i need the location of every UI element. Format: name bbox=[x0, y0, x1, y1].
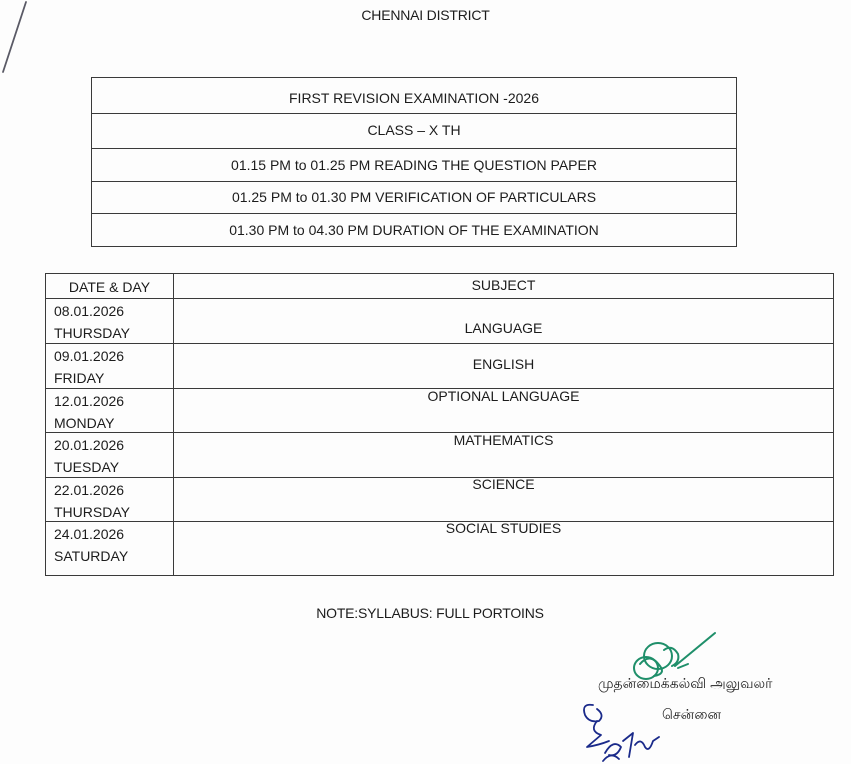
table-row-subject: ENGLISH bbox=[174, 356, 833, 372]
exam-title: FIRST REVISION EXAMINATION -2026 bbox=[92, 90, 736, 106]
day-text: THURSDAY bbox=[54, 322, 130, 344]
reading-time: 01.15 PM to 01.25 PM READING THE QUESTIO… bbox=[92, 157, 736, 173]
header-date-day: DATE & DAY bbox=[46, 279, 173, 295]
verification-time: 01.25 PM to 01.30 PM VERIFICATION OF PAR… bbox=[92, 189, 736, 205]
info-row: CLASS – X TH bbox=[92, 113, 736, 149]
syllabus-note: NOTE:SYLLABUS: FULL PORTOINS bbox=[0, 605, 851, 621]
exam-info-table: FIRST REVISION EXAMINATION -2026 CLASS –… bbox=[91, 77, 737, 247]
table-row-date: 22.01.2026 THURSDAY bbox=[54, 479, 130, 523]
header-subject: SUBJECT bbox=[174, 277, 833, 293]
date-text: 24.01.2026 bbox=[54, 523, 128, 545]
table-row-date: 20.01.2026 TUESDAY bbox=[54, 434, 124, 478]
date-text: 22.01.2026 bbox=[54, 479, 130, 501]
date-text: 20.01.2026 bbox=[54, 434, 124, 456]
table-row-subject: LANGUAGE bbox=[174, 320, 833, 336]
table-row-date: 09.01.2026 FRIDAY bbox=[54, 345, 124, 389]
day-text: SATURDAY bbox=[54, 545, 128, 567]
table-row-subject: SOCIAL STUDIES bbox=[174, 520, 833, 536]
table-row-date: 12.01.2026 MONDAY bbox=[54, 390, 124, 434]
table-row-subject: MATHEMATICS bbox=[174, 432, 833, 448]
day-text: TUESDAY bbox=[54, 456, 124, 478]
district-heading: CHENNAI DISTRICT bbox=[0, 7, 851, 23]
info-row: 01.15 PM to 01.25 PM READING THE QUESTIO… bbox=[92, 148, 736, 182]
table-row-date: 24.01.2026 SATURDAY bbox=[54, 523, 128, 567]
day-text: FRIDAY bbox=[54, 367, 124, 389]
table-row-subject: OPTIONAL LANGUAGE bbox=[174, 388, 833, 404]
row-divider bbox=[46, 343, 833, 344]
officer-title: முதன்மைக்கல்வி அலுவலர் bbox=[598, 675, 772, 694]
day-text: MONDAY bbox=[54, 412, 124, 434]
exam-duration: 01.30 PM to 04.30 PM DURATION OF THE EXA… bbox=[92, 222, 736, 238]
exam-class: CLASS – X TH bbox=[92, 122, 736, 138]
officer-city: சென்னை bbox=[662, 706, 721, 725]
date-text: 12.01.2026 bbox=[54, 390, 124, 412]
blue-signature-icon bbox=[575, 697, 665, 764]
day-text: THURSDAY bbox=[54, 501, 130, 523]
exam-schedule-table: DATE & DAY SUBJECT 08.01.2026 THURSDAY L… bbox=[45, 273, 834, 576]
table-row-subject: SCIENCE bbox=[174, 476, 833, 492]
table-row-date: 08.01.2026 THURSDAY bbox=[54, 300, 130, 344]
row-divider bbox=[46, 298, 833, 299]
info-row: FIRST REVISION EXAMINATION -2026 bbox=[92, 78, 736, 113]
info-row: 01.30 PM to 04.30 PM DURATION OF THE EXA… bbox=[92, 213, 736, 247]
date-text: 08.01.2026 bbox=[54, 300, 130, 322]
date-text: 09.01.2026 bbox=[54, 345, 124, 367]
info-row: 01.25 PM to 01.30 PM VERIFICATION OF PAR… bbox=[92, 181, 736, 214]
